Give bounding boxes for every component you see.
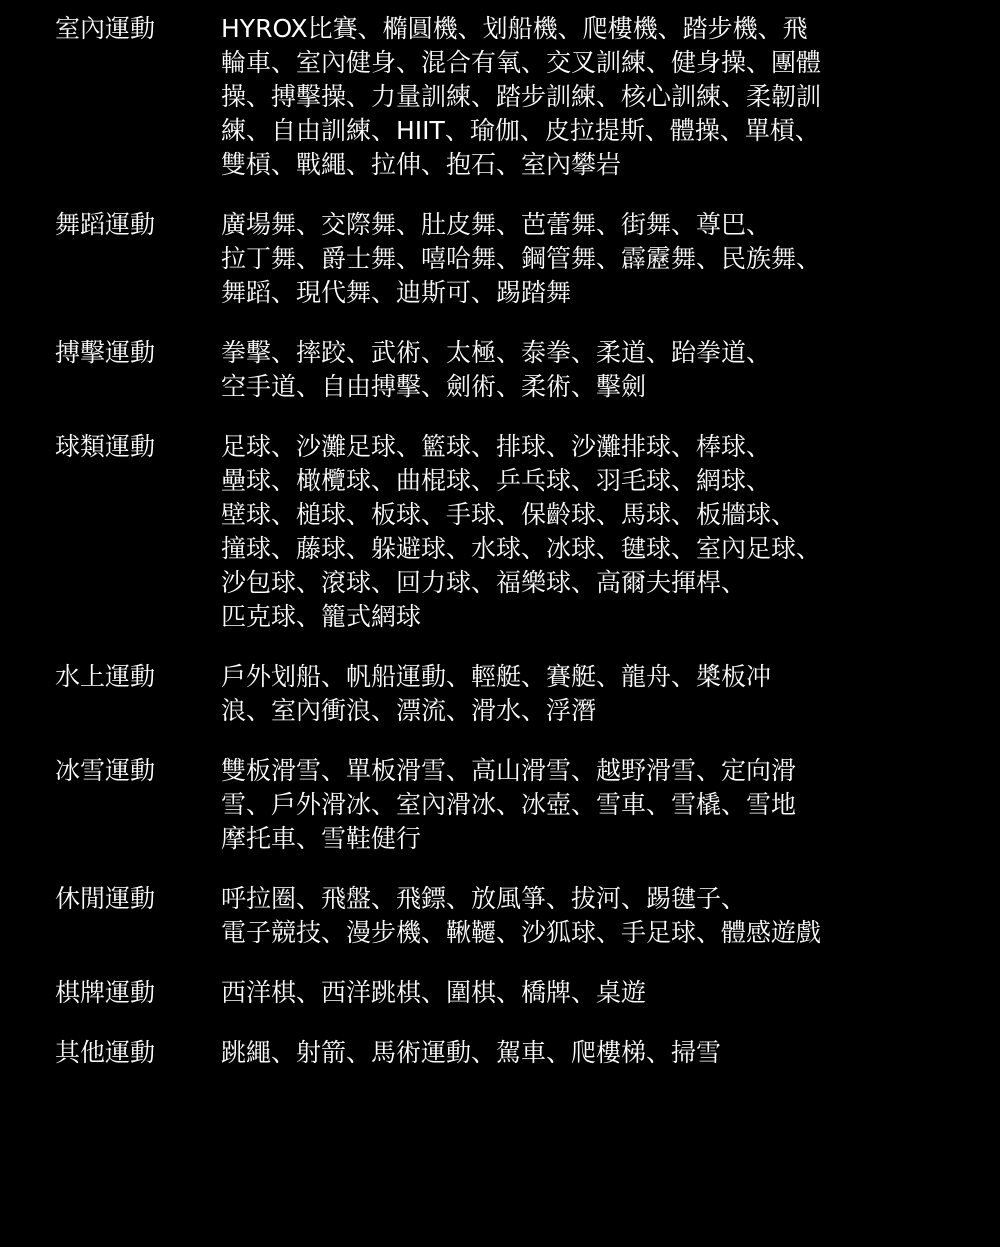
category-label: 休閒運動: [0, 882, 220, 916]
items-line: HYROX比賽、橢圓機、划船機、爬樓機、踏步機、飛: [221, 12, 901, 46]
category-items: 雙板滑雪、單板滑雪、高山滑雪、越野滑雪、定向滑 雪、戶外滑冰、室內滑冰、冰壺、雪…: [221, 754, 901, 856]
category-row-indoor: 室內運動 HYROX比賽、橢圓機、划船機、爬樓機、踏步機、飛 輪車、室內健身、混…: [0, 12, 1000, 182]
items-line: 舞蹈、現代舞、迪斯可、踢踏舞: [221, 276, 901, 310]
items-line: 電子競技、漫步機、鞦韆、沙狐球、手足球、體感遊戲: [221, 916, 901, 950]
category-label: 其他運動: [0, 1036, 220, 1070]
items-line: 拉丁舞、爵士舞、嘻哈舞、鋼管舞、霹靂舞、民族舞、: [221, 242, 901, 276]
items-line: 雙板滑雪、單板滑雪、高山滑雪、越野滑雪、定向滑: [221, 754, 901, 788]
category-label: 舞蹈運動: [0, 208, 220, 242]
items-line: 壘球、橄欖球、曲棍球、乒乓球、羽毛球、網球、: [221, 464, 901, 498]
items-line: 操、搏擊操、力量訓練、踏步訓練、核心訓練、柔韌訓: [221, 80, 901, 114]
items-line: 沙包球、滾球、回力球、福樂球、高爾夫揮桿、: [221, 566, 901, 600]
category-items: 呼拉圈、飛盤、飛鏢、放風箏、拔河、踢毽子、 電子競技、漫步機、鞦韆、沙狐球、手足…: [221, 882, 901, 950]
category-row-leisure: 休閒運動 呼拉圈、飛盤、飛鏢、放風箏、拔河、踢毽子、 電子競技、漫步機、鞦韆、沙…: [0, 882, 1000, 950]
items-line: 空手道、自由搏擊、劍術、柔術、擊劍: [221, 370, 901, 404]
category-label: 球類運動: [0, 430, 220, 464]
category-row-water: 水上運動 戶外划船、帆船運動、輕艇、賽艇、龍舟、槳板冲 浪、室內衝浪、漂流、滑水…: [0, 660, 1000, 728]
category-items: HYROX比賽、橢圓機、划船機、爬樓機、踏步機、飛 輪車、室內健身、混合有氧、交…: [221, 12, 901, 182]
items-line: 輪車、室內健身、混合有氧、交叉訓練、健身操、團體: [221, 46, 901, 80]
items-line: 浪、室內衝浪、漂流、滑水、浮潛: [221, 694, 901, 728]
items-line: 摩托車、雪鞋健行: [221, 822, 901, 856]
category-items: 戶外划船、帆船運動、輕艇、賽艇、龍舟、槳板冲 浪、室內衝浪、漂流、滑水、浮潛: [221, 660, 901, 728]
category-row-combat: 搏擊運動 拳擊、摔跤、武術、太極、泰拳、柔道、跆拳道、 空手道、自由搏擊、劍術、…: [0, 336, 1000, 404]
items-line: 撞球、藤球、躲避球、水球、冰球、毽球、室內足球、: [221, 532, 901, 566]
items-line: 練、自由訓練、HIIT、瑜伽、皮拉提斯、體操、單槓、: [221, 114, 901, 148]
category-row-snow-ice: 冰雪運動 雙板滑雪、單板滑雪、高山滑雪、越野滑雪、定向滑 雪、戶外滑冰、室內滑冰…: [0, 754, 1000, 856]
items-line: 雪、戶外滑冰、室內滑冰、冰壺、雪車、雪橇、雪地: [221, 788, 901, 822]
items-line: 跳繩、射箭、馬術運動、駕車、爬樓梯、掃雪: [221, 1036, 901, 1070]
items-line: 匹克球、籠式網球: [221, 600, 901, 634]
category-items: 拳擊、摔跤、武術、太極、泰拳、柔道、跆拳道、 空手道、自由搏擊、劍術、柔術、擊劍: [221, 336, 901, 404]
category-items: 西洋棋、西洋跳棋、圍棋、橋牌、桌遊: [221, 976, 901, 1010]
items-line: 雙槓、戰繩、拉伸、抱石、室內攀岩: [221, 148, 901, 182]
sport-category-list: 室內運動 HYROX比賽、橢圓機、划船機、爬樓機、踏步機、飛 輪車、室內健身、混…: [0, 12, 1000, 1096]
category-items: 足球、沙灘足球、籃球、排球、沙灘排球、棒球、 壘球、橄欖球、曲棍球、乒乓球、羽毛…: [221, 430, 901, 634]
category-row-dance: 舞蹈運動 廣場舞、交際舞、肚皮舞、芭蕾舞、街舞、尊巴、 拉丁舞、爵士舞、嘻哈舞、…: [0, 208, 1000, 310]
items-line: 西洋棋、西洋跳棋、圍棋、橋牌、桌遊: [221, 976, 901, 1010]
category-label: 冰雪運動: [0, 754, 220, 788]
category-label: 搏擊運動: [0, 336, 220, 370]
category-label: 室內運動: [0, 12, 220, 46]
category-items: 跳繩、射箭、馬術運動、駕車、爬樓梯、掃雪: [221, 1036, 901, 1070]
items-line: 壁球、槌球、板球、手球、保齡球、馬球、板牆球、: [221, 498, 901, 532]
items-line: 戶外划船、帆船運動、輕艇、賽艇、龍舟、槳板冲: [221, 660, 901, 694]
category-row-ball: 球類運動 足球、沙灘足球、籃球、排球、沙灘排球、棒球、 壘球、橄欖球、曲棍球、乒…: [0, 430, 1000, 634]
items-line: 呼拉圈、飛盤、飛鏢、放風箏、拔河、踢毽子、: [221, 882, 901, 916]
category-row-board-card: 棋牌運動 西洋棋、西洋跳棋、圍棋、橋牌、桌遊: [0, 976, 1000, 1010]
items-line: 足球、沙灘足球、籃球、排球、沙灘排球、棒球、: [221, 430, 901, 464]
items-line: 拳擊、摔跤、武術、太極、泰拳、柔道、跆拳道、: [221, 336, 901, 370]
category-label: 水上運動: [0, 660, 220, 694]
items-line: 廣場舞、交際舞、肚皮舞、芭蕾舞、街舞、尊巴、: [221, 208, 901, 242]
category-row-other: 其他運動 跳繩、射箭、馬術運動、駕車、爬樓梯、掃雪: [0, 1036, 1000, 1070]
category-label: 棋牌運動: [0, 976, 220, 1010]
category-items: 廣場舞、交際舞、肚皮舞、芭蕾舞、街舞、尊巴、 拉丁舞、爵士舞、嘻哈舞、鋼管舞、霹…: [221, 208, 901, 310]
